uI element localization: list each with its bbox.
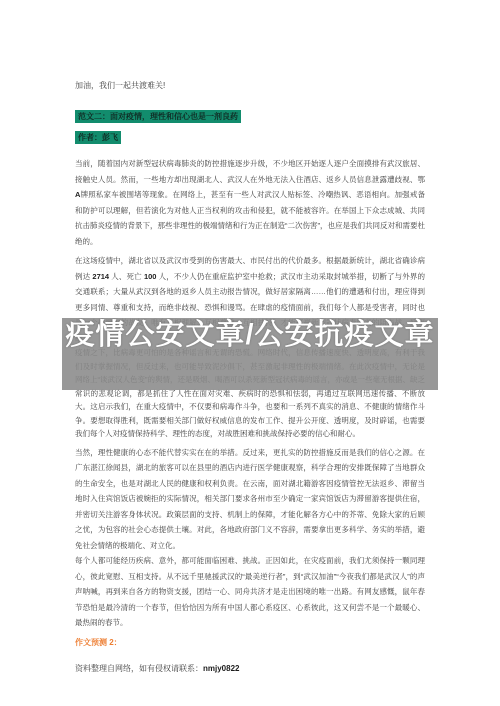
paragraph-1-text: 当前，随着国内对新型冠状病毒肺炎的防控措施逐步升级，不少地区开始逐人逐户全面摸排… bbox=[75, 159, 425, 184]
essay-author-highlight: 作者：彭飞 bbox=[75, 131, 121, 144]
paragraph-5: 每个人都可能经历疾病、意外，都可能面临困难、挑战。正因如此，在灾疫面前，我们尤须… bbox=[75, 553, 425, 631]
paragraph-2-text: 人、死亡 bbox=[109, 272, 144, 281]
death-count: 100 bbox=[144, 272, 157, 281]
watermark-text: 疫情公安文章/公安抗疫文章 bbox=[62, 318, 438, 352]
paragraph-1: 当前，随着国内对新型冠状病毒肺炎的防控措施逐步升级，不少地区开始逐人逐户全面摸排… bbox=[75, 156, 425, 249]
source-attribution-text: 资料整理自网络，如有侵权请联系： bbox=[75, 664, 203, 673]
opener-line: 加油，我们一起共渡难关! bbox=[75, 80, 425, 92]
watermark-overlay-band: 疫情公安文章/公安抗疫文章 bbox=[62, 318, 438, 390]
paragraph-1-text: 牌照私家车被围堵等现象。在网络上，甚至有一些人对武汉人贴标签、冷嘲热讽、恶语相向… bbox=[75, 190, 425, 246]
document-page: 加油，我们一起共渡难关! 范文二：面对疫情，理性和信心也是一剂良药 作者：彭飞 … bbox=[0, 0, 500, 706]
paragraph-4: 当然，理性健康的心态不能代替实实在在的举措。反过来，更扎实的防控措施反而是我们的… bbox=[75, 445, 425, 554]
essay-title-highlight: 范文二：面对疫情，理性和信心也是一剂良药 bbox=[75, 110, 241, 123]
essay-title-block: 范文二：面对疫情，理性和信心也是一剂良药 作者：彭飞 bbox=[75, 106, 425, 145]
source-attribution-line: 资料整理自网络，如有侵权请联系：nmjy0822 bbox=[75, 663, 425, 675]
confirmed-cases-count: 2714 bbox=[92, 272, 109, 281]
contact-id: nmjy0822 bbox=[203, 664, 239, 673]
composition-prediction-heading: 作文预测 2： bbox=[75, 637, 425, 649]
